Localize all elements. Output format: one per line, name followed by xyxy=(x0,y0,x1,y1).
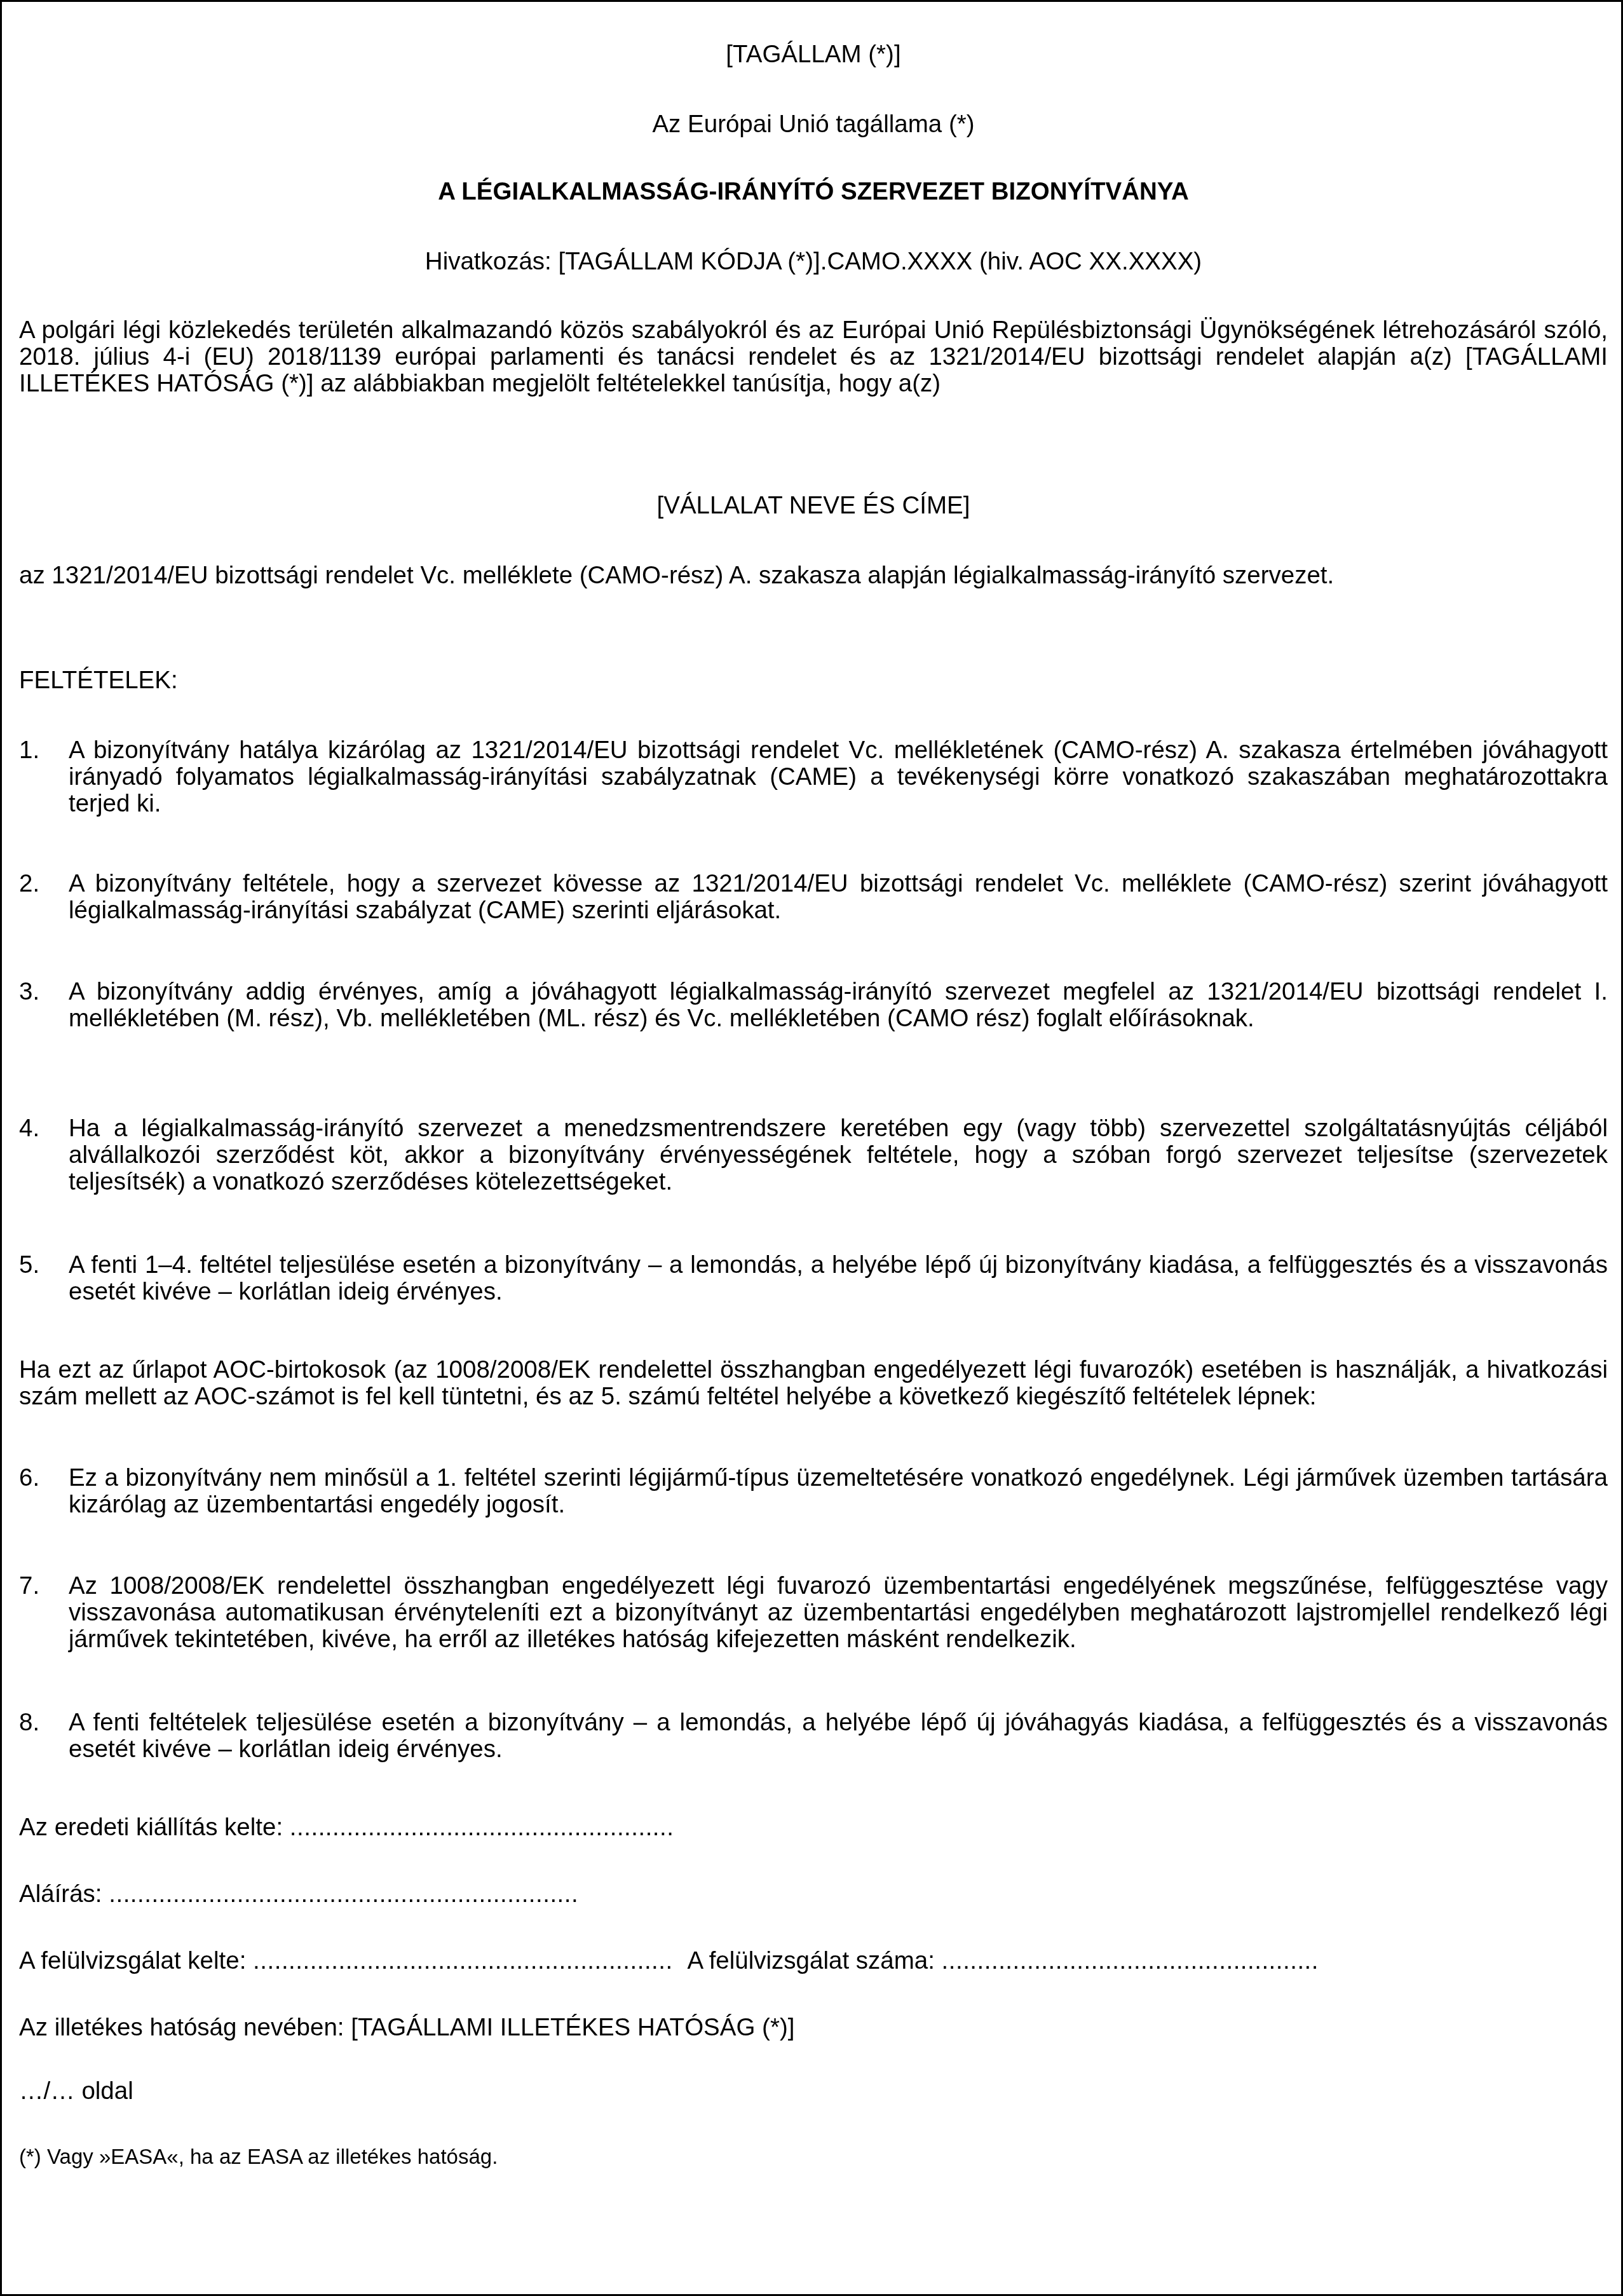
on-behalf-line: Az illetékes hatóság nevében: [TAGÁLLAMI… xyxy=(19,2014,1608,2041)
signature-row: Aláírás: ...............................… xyxy=(19,1881,1608,1908)
page-number: …/… oldal xyxy=(19,2078,1608,2105)
issue-date-row: Az eredeti kiállítás kelte: ............… xyxy=(19,1814,1608,1841)
condition-item: 5. A fenti 1–4. feltétel teljesülése ese… xyxy=(19,1252,1608,1305)
review-number-label: A felülvizsgálat száma: xyxy=(687,1947,934,1974)
condition-text: A bizonyítvány feltétele, hogy a szervez… xyxy=(69,871,1608,924)
signature-label: Aláírás: xyxy=(19,1880,102,1908)
condition-item: 1. A bizonyítvány hatálya kizárólag az 1… xyxy=(19,737,1608,817)
review-date-label: A felülvizsgálat kelte: xyxy=(19,1947,246,1974)
document-title: A LÉGIALKALMASSÁG-IRÁNYÍTÓ SZERVEZET BIZ… xyxy=(2,179,1623,205)
conditions-heading: FELTÉTELEK: xyxy=(19,667,1608,694)
review-date-field[interactable]: ........................................… xyxy=(253,1947,673,1974)
issue-date-field[interactable]: ........................................… xyxy=(290,1814,674,1841)
condition-number: 5. xyxy=(19,1252,64,1279)
intro-paragraph: A polgári légi közlekedés területén alka… xyxy=(19,317,1608,397)
approval-statement: az 1321/2014/EU bizottsági rendelet Vc. … xyxy=(19,562,1608,589)
condition-text: A bizonyítvány addig érvényes, amíg a jó… xyxy=(69,979,1608,1032)
issue-date-label: Az eredeti kiállítás kelte: xyxy=(19,1814,283,1841)
condition-item: 2. A bizonyítvány feltétele, hogy a szer… xyxy=(19,871,1608,924)
condition-number: 7. xyxy=(19,1573,64,1600)
condition-number: 4. xyxy=(19,1115,64,1142)
company-name-placeholder: [VÁLLALAT NEVE ÉS CÍME] xyxy=(2,492,1623,519)
aoc-condition-item: 7. Az 1008/2008/EK rendelettel összhangb… xyxy=(19,1573,1608,1653)
review-number-field[interactable]: ........................................… xyxy=(942,1947,1319,1974)
condition-text: A fenti feltételek teljesülése esetén a … xyxy=(69,1709,1608,1763)
aoc-paragraph: Ha ezt az űrlapot AOC-birtokosok (az 100… xyxy=(19,1357,1608,1410)
condition-number: 3. xyxy=(19,979,64,1005)
reference-line: Hivatkozás: [TAGÁLLAM KÓDJA (*)].CAMO.XX… xyxy=(2,248,1623,275)
certificate-page: [TAGÁLLAM (*)] Az Európai Unió tagállama… xyxy=(0,0,1623,2296)
aoc-condition-item: 6. Ez a bizonyítvány nem minősül a 1. fe… xyxy=(19,1465,1608,1518)
condition-number: 1. xyxy=(19,737,64,764)
condition-number: 2. xyxy=(19,871,64,897)
condition-number: 8. xyxy=(19,1709,64,1736)
condition-text: Ez a bizonyítvány nem minősül a 1. felté… xyxy=(69,1465,1608,1518)
condition-text: A fenti 1–4. feltétel teljesülése esetén… xyxy=(69,1252,1608,1305)
footnote: (*) Vagy »EASA«, ha az EASA az illetékes… xyxy=(19,2143,1608,2170)
review-row: A felülvizsgálat kelte: ................… xyxy=(19,1948,1608,1974)
condition-text: Ha a légialkalmasság-irányító szervezet … xyxy=(69,1115,1608,1195)
signature-field[interactable]: ........................................… xyxy=(109,1880,578,1908)
condition-text: Az 1008/2008/EK rendelettel összhangban … xyxy=(69,1573,1608,1653)
condition-number: 6. xyxy=(19,1465,64,1491)
member-state-heading: [TAGÁLLAM (*)] xyxy=(2,41,1623,68)
condition-item: 4. Ha a légialkalmasság-irányító szervez… xyxy=(19,1115,1608,1195)
aoc-condition-item: 8. A fenti feltételek teljesülése esetén… xyxy=(19,1709,1608,1763)
condition-item: 3. A bizonyítvány addig érvényes, amíg a… xyxy=(19,979,1608,1032)
condition-text: A bizonyítvány hatálya kizárólag az 1321… xyxy=(69,737,1608,817)
eu-member-state-line: Az Európai Unió tagállama (*) xyxy=(2,111,1623,138)
